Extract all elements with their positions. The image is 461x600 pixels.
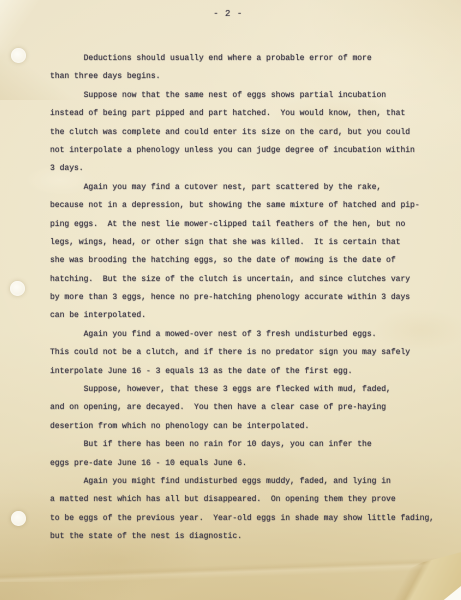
text-line: instead of being part pipped and part ha… — [50, 105, 450, 123]
text-line: the clutch was complete and could enter … — [50, 124, 450, 142]
text-line: Suppose now that the same nest of eggs s… — [50, 87, 450, 105]
text-line: Again you find a mowed-over nest of 3 fr… — [50, 326, 450, 344]
text-line: because not in a depression, but showing… — [50, 197, 450, 215]
punch-hole — [11, 48, 26, 63]
typewritten-page: - 2 - Deductions should usually end wher… — [0, 0, 461, 600]
text-line: But if there has been no rain for 10 day… — [50, 436, 450, 454]
text-line: 3 days. — [50, 160, 450, 178]
text-line: can be interpolated. — [50, 307, 450, 325]
text-line: than three days begins. — [50, 68, 450, 86]
page-number: - 2 - — [0, 9, 456, 19]
corner-tear-notch — [437, 580, 461, 600]
paper-crease — [0, 556, 461, 582]
text-line: ping eggs. At the nest lie mower-clipped… — [50, 216, 450, 234]
text-line: Suppose, however, that these 3 eggs are … — [50, 381, 450, 399]
punch-hole — [11, 511, 26, 526]
folded-corner — [375, 548, 461, 600]
text-line: eggs pre-date June 16 - 10 equals June 6… — [50, 455, 450, 473]
text-line: she was brooding the hatching eggs, so t… — [50, 252, 450, 270]
text-line: interpolate June 16 - 3 equals 13 as the… — [50, 363, 450, 381]
text-line: Again you might find undisturbed eggs mu… — [50, 473, 450, 491]
text-line: to be eggs of the previous year. Year-ol… — [50, 510, 450, 528]
punch-hole — [10, 281, 25, 296]
text-line: hatching. But the size of the clutch is … — [50, 271, 450, 289]
text-line: not interpolate a phenology unless you c… — [50, 142, 450, 160]
text-line: but the state of the nest is diagnostic. — [50, 528, 450, 546]
text-line: by more than 3 eggs, hence no pre-hatchi… — [50, 289, 450, 307]
text-line: and on opening, are decayed. You then ha… — [50, 399, 450, 417]
text-line: This could not be a clutch, and if there… — [50, 344, 450, 362]
text-line: a matted nest which has all but disappea… — [50, 491, 450, 509]
text-line: legs, wings, head, or other sign that sh… — [50, 234, 450, 252]
text-line: desertion from which no phenology can be… — [50, 418, 450, 436]
typewritten-text: Deductions should usually end where a pr… — [50, 50, 450, 547]
text-line: Again you may find a cutover nest, part … — [50, 179, 450, 197]
text-line: Deductions should usually end where a pr… — [50, 50, 450, 68]
